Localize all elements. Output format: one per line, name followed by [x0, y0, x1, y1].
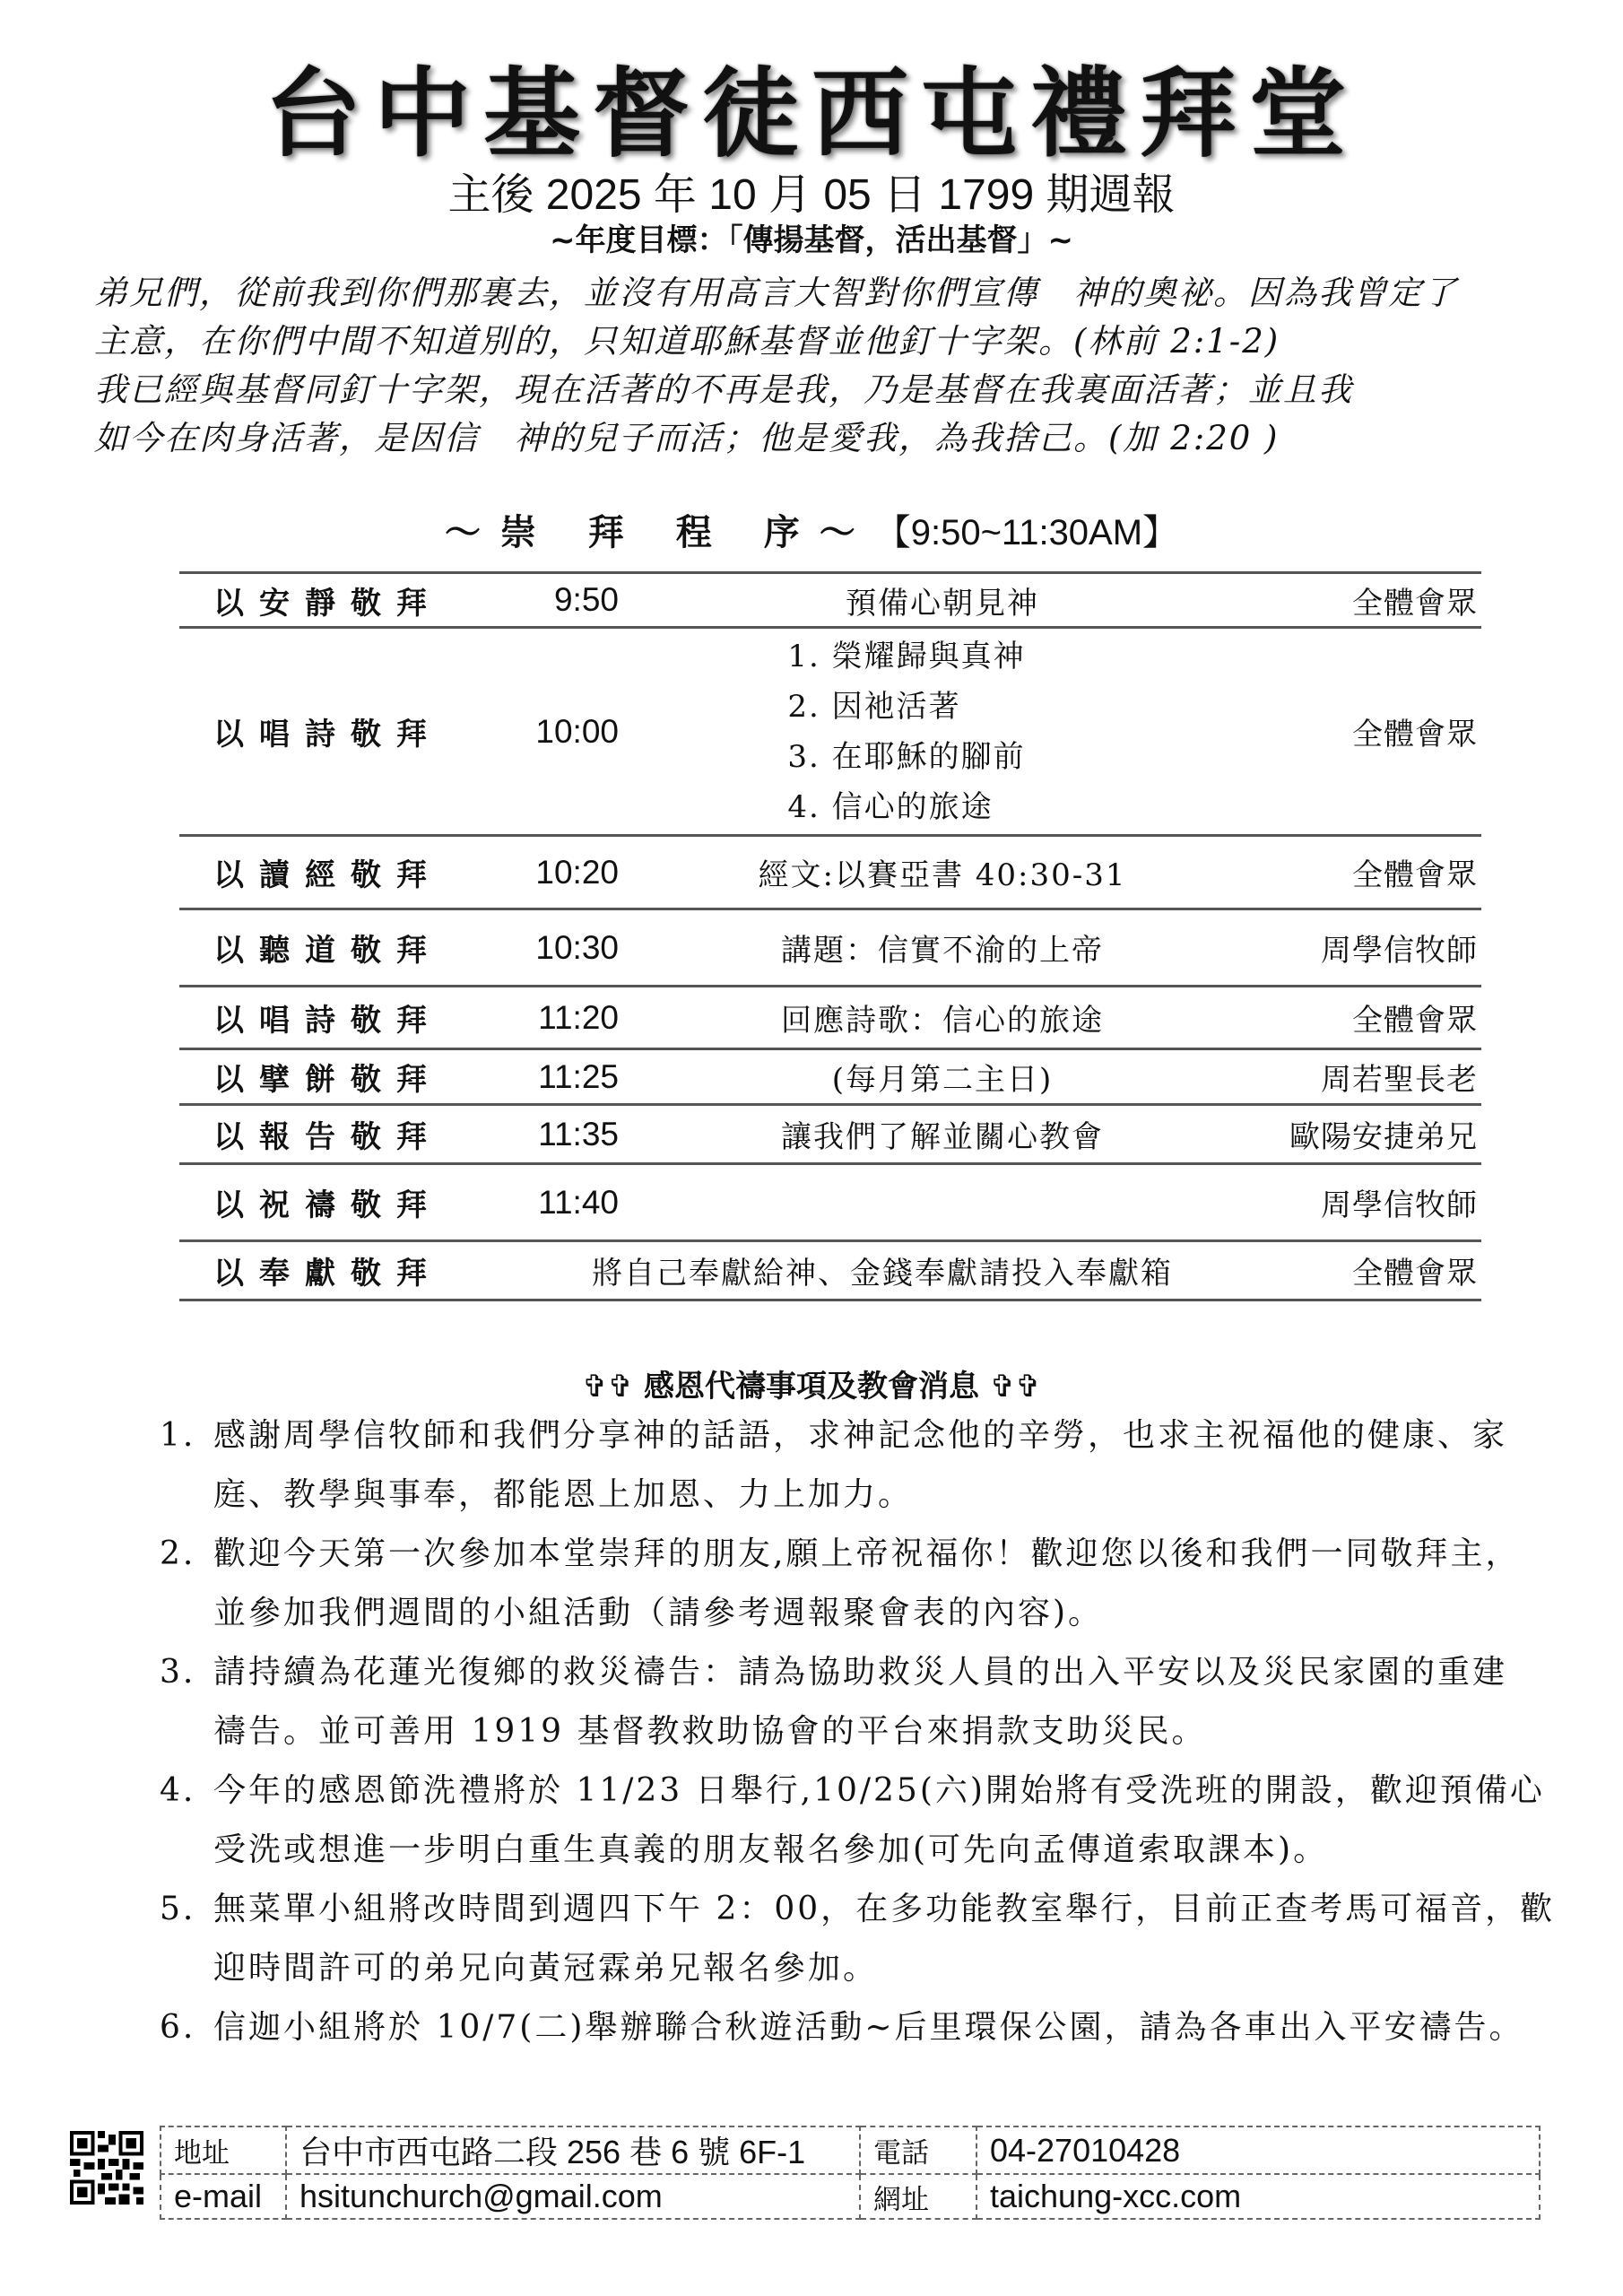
program-item-name: 以奉獻敬拜	[179, 1248, 484, 1292]
program-item-content: 讓我們了解並關心教會	[619, 1112, 1266, 1156]
news-title: ✞✞ 感恩代禱事項及教會消息 ✞✞	[0, 1361, 1623, 1405]
news-item: 2. 歡迎今天第一次參加本堂崇拜的朋友,願上帝祝福你！歡迎您以後和我們一同敬拜主…	[160, 1525, 1594, 1643]
program-row: 以祝禱敬拜 11:40 周學信牧師	[179, 1165, 1481, 1242]
news-list: 1. 感謝周學信牧師和我們分享神的話語，求神記念他的辛勞，也求主祝福他的健康、家…	[160, 1406, 1594, 2057]
news-number: 5.	[160, 1880, 213, 1998]
program-title-label: ～崇 拜 程 序～	[445, 512, 875, 553]
news-item: 5. 無菜單小組將改時間到週四下午 2：00，在多功能教室舉行，目前正查考馬可福…	[160, 1880, 1594, 1998]
program-row: 以聽道敬拜 10:30 講題：信實不渝的上帝 周學信牧師	[179, 910, 1481, 987]
program-row: 以讀經敬拜 10:20 經文:以賽亞書 40:30-31 全體會眾	[179, 837, 1481, 910]
website-value[interactable]: taichung-xcc.com	[976, 2174, 1540, 2219]
news-number: 1.	[160, 1406, 213, 1525]
program-item-name: 以聽道敬拜	[179, 926, 484, 970]
program-item-time: 11:35	[484, 1116, 619, 1153]
news-line: 並參加我們週間的小組活動（請參考週報聚會表的內容)。	[213, 1584, 1594, 1643]
program-item-content: (每月第二主日)	[619, 1055, 1266, 1099]
annual-goal: ~年度目標：「傳揚基督，活出基督」~	[0, 215, 1623, 259]
program-item-name: 以報告敬拜	[179, 1112, 484, 1156]
program-item-time: 10:00	[484, 713, 619, 751]
news-line: 今年的感恩節洗禮將於 11/23 日舉行,10/25(六)開始將有受洗班的開設，…	[213, 1761, 1594, 1821]
program-item-time: 10:30	[484, 929, 619, 967]
program-item-name: 以唱詩敬拜	[179, 996, 484, 1039]
news-number: 4.	[160, 1761, 213, 1880]
program-item-name: 以祝禱敬拜	[179, 1180, 484, 1224]
program-item-time: 11:40	[484, 1184, 619, 1222]
email-label: e-mail	[161, 2174, 286, 2219]
program-item-person: 全體會眾	[1266, 709, 1481, 753]
program-row: 以唱詩敬拜 10:00 1. 榮耀歸與真神 2. 因祂活著 3. 在耶穌的腳前 …	[179, 629, 1481, 837]
news-number: 6.	[160, 1998, 213, 2057]
program-row: 以報告敬拜 11:35 讓我們了解並關心教會 歐陽安捷弟兄	[179, 1106, 1481, 1165]
address-value: 台中市西屯路二段 256 巷 6 號 6F-1	[286, 2126, 860, 2174]
phone-label: 電話	[860, 2126, 976, 2174]
website-label: 網址	[860, 2174, 976, 2219]
issue-line: 主後 2025 年 10 月 05 日 1799 期週報	[0, 160, 1623, 222]
program-row: 以唱詩敬拜 11:20 回應詩歌：信心的旅途 全體會眾	[179, 987, 1481, 1050]
program-item-person: 全體會眾	[1266, 578, 1481, 622]
news-item: 4. 今年的感恩節洗禮將於 11/23 日舉行,10/25(六)開始將有受洗班的…	[160, 1761, 1594, 1880]
program-item-time: 11:20	[484, 999, 619, 1037]
program-time-range: 【9:50~11:30AM】	[875, 513, 1178, 552]
news-line: 無菜單小組將改時間到週四下午 2：00，在多功能教室舉行，目前正查考馬可福音，歡	[213, 1880, 1594, 1939]
hymn-item: 3. 在耶穌的腳前	[787, 732, 1025, 782]
program-row: 以奉獻敬拜 將自己奉獻給神、金錢奉獻請投入奉獻箱 全體會眾	[179, 1242, 1481, 1301]
phone-value[interactable]: 04-27010428	[976, 2126, 1540, 2174]
news-item: 6. 信迦小組將於 10/7(二)舉辦聯合秋遊活動~后里環保公園，請為各車出入平…	[160, 1998, 1594, 2057]
program-item-content: 回應詩歌：信心的旅途	[619, 996, 1266, 1039]
contact-table: 地址 台中市西屯路二段 256 巷 6 號 6F-1 電話 04-2701042…	[160, 2126, 1541, 2220]
news-item: 3. 請持續為花蓮光復鄉的救災禱告：請為協助救災人員的出入平安以及災民家園的重建…	[160, 1643, 1594, 1761]
program-item-time: 11:25	[484, 1058, 619, 1096]
hymn-list: 1. 榮耀歸與真神 2. 因祂活著 3. 在耶穌的腳前 4. 信心的旅途	[787, 631, 1025, 832]
program-item-person: 全體會眾	[1266, 996, 1481, 1039]
program-item-person: 全體會眾	[1266, 1248, 1481, 1292]
hymn-item: 4. 信心的旅途	[787, 782, 1025, 832]
program-item-person: 周學信牧師	[1266, 1180, 1481, 1224]
verse-line: 如今在肉身活著，是因信 神的兒子而活；他是愛我，為我捨己。(加 2:20 )	[94, 414, 1574, 463]
program-item-time: 9:50	[484, 581, 619, 619]
news-number: 3.	[160, 1643, 213, 1761]
news-line: 禱告。並可善用 1919 基督教救助協會的平台來捐款支助災民。	[213, 1702, 1594, 1761]
address-label: 地址	[161, 2126, 286, 2174]
program-item-name: 以讀經敬拜	[179, 850, 484, 894]
program-item-person: 周若聖長老	[1266, 1055, 1481, 1099]
program-item-content: 1. 榮耀歸與真神 2. 因祂活著 3. 在耶穌的腳前 4. 信心的旅途	[619, 631, 1266, 832]
program-title: ～崇 拜 程 序～【9:50~11:30AM】	[0, 504, 1623, 555]
program-row: 以擘餅敬拜 11:25 (每月第二主日) 周若聖長老	[179, 1050, 1481, 1106]
news-line: 歡迎今天第一次參加本堂崇拜的朋友,願上帝祝福你！歡迎您以後和我們一同敬拜主，	[213, 1525, 1594, 1584]
news-line: 受洗或想進一步明白重生真義的朋友報名參加(可先向孟傳道索取課本)。	[213, 1821, 1594, 1880]
email-value[interactable]: hsitunchurch@gmail.com	[286, 2174, 860, 2219]
news-item: 1. 感謝周學信牧師和我們分享神的話語，求神記念他的辛勞，也求主祝福他的健康、家…	[160, 1406, 1594, 1525]
news-line: 庭、教學與事奉，都能恩上加恩、力上加力。	[213, 1465, 1594, 1525]
program-item-content: 講題：信實不渝的上帝	[619, 926, 1266, 970]
program-item-content: 預備心朝見神	[619, 578, 1266, 622]
news-line: 迎時間許可的弟兄向黃冠霖弟兄報名參加。	[213, 1939, 1594, 1998]
church-title: 台中基督徒西屯禮拜堂	[0, 36, 1623, 175]
contact-footer: 地址 台中市西屯路二段 256 巷 6 號 6F-1 電話 04-2701042…	[70, 2126, 1541, 2219]
program-item-name: 以安靜敬拜	[179, 578, 484, 622]
program-item-content: 將自己奉獻給神、金錢奉獻請投入奉獻箱	[484, 1248, 1266, 1292]
news-line: 信迦小組將於 10/7(二)舉辦聯合秋遊活動~后里環保公園，請為各車出入平安禱告…	[213, 1998, 1594, 2057]
hymn-item: 1. 榮耀歸與真神	[787, 631, 1025, 682]
program-row: 以安靜敬拜 9:50 預備心朝見神 全體會眾	[179, 571, 1481, 629]
news-line: 請持續為花蓮光復鄉的救災禱告：請為協助救災人員的出入平安以及災民家園的重建	[213, 1643, 1594, 1702]
program-item-content: 經文:以賽亞書 40:30-31	[619, 850, 1266, 894]
verse-line: 主意，在你們中間不知道別的，只知道耶穌基督並他釘十字架。(林前 2:1-2)	[94, 317, 1574, 366]
program-item-time: 10:20	[484, 854, 619, 891]
qr-code-icon[interactable]	[70, 2131, 143, 2205]
program-item-person: 全體會眾	[1266, 850, 1481, 894]
worship-program-table: 以安靜敬拜 9:50 預備心朝見神 全體會眾 以唱詩敬拜 10:00 1. 榮耀…	[179, 571, 1481, 1301]
program-item-name: 以擘餅敬拜	[179, 1055, 484, 1099]
news-number: 2.	[160, 1525, 213, 1643]
verse-line: 弟兄們，從前我到你們那裏去，並沒有用高言大智對你們宣傳 神的奧祕。因為我曾定了	[94, 269, 1574, 317]
verse-line: 我已經與基督同釘十字架，現在活著的不再是我，乃是基督在我裏面活著；並且我	[94, 366, 1574, 414]
hymn-item: 2. 因祂活著	[787, 682, 1025, 732]
program-item-name: 以唱詩敬拜	[179, 709, 484, 753]
news-line: 感謝周學信牧師和我們分享神的話語，求神記念他的辛勞，也求主祝福他的健康、家	[213, 1406, 1594, 1465]
program-item-person: 周學信牧師	[1266, 926, 1481, 970]
program-item-person: 歐陽安捷弟兄	[1266, 1112, 1481, 1156]
